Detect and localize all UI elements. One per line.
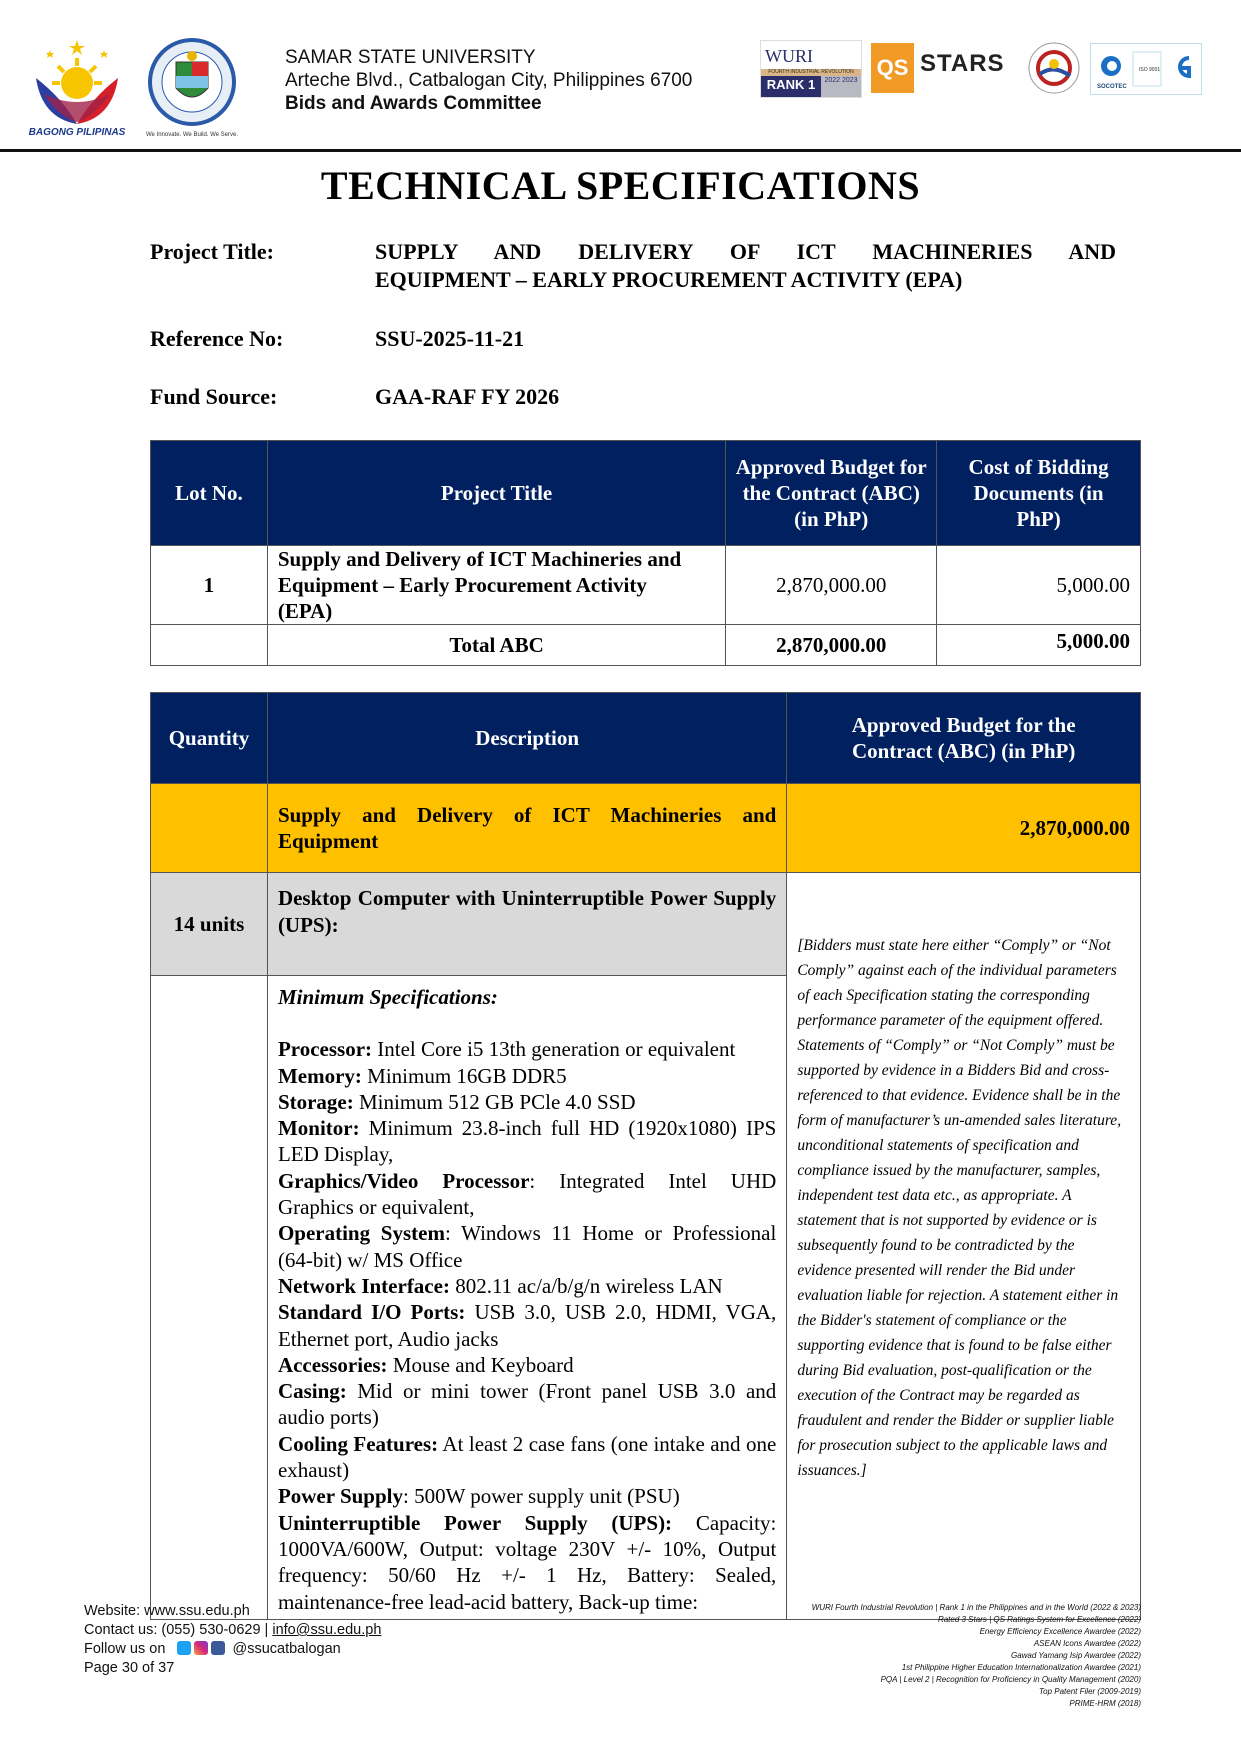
spec-item: Accessories: Mouse and Keyboard xyxy=(278,1352,776,1378)
award-line: 1st Philippine Higher Education Internat… xyxy=(812,1662,1141,1674)
spec-key: Storage: xyxy=(278,1090,354,1114)
spec-value: Minimum 512 GB PCle 4.0 SSD xyxy=(354,1090,636,1114)
instagram-icon[interactable] xyxy=(194,1641,208,1655)
spec-item: Network Interface: 802.11 ac/a/b/g/n wir… xyxy=(278,1273,776,1299)
ssu-seal-logo: We Innovate. We Build. We Serve. xyxy=(142,36,242,138)
spec-key: Processor: xyxy=(278,1037,372,1061)
wuri-subtitle: FOURTH INDUSTRIAL REVOLUTION xyxy=(761,69,861,76)
footer-social: Follow us on @ssucatbalogan xyxy=(84,1640,381,1659)
spec-value: Intel Core i5 13th generation or equival… xyxy=(372,1037,735,1061)
twitter-icon[interactable] xyxy=(177,1641,191,1655)
qs-badge: QS xyxy=(871,43,914,93)
reference-label: Reference No: xyxy=(150,325,370,353)
header-divider xyxy=(0,149,1241,152)
footer-email-link[interactable]: info@ssu.edu.ph xyxy=(272,1622,381,1638)
item-row: 14 units Desktop Computer with Uninterru… xyxy=(151,873,1141,976)
spec-item: Operating System: Windows 11 Home or Pro… xyxy=(278,1220,776,1273)
svg-text:SOCOTEC: SOCOTEC xyxy=(1097,84,1127,90)
org-address: Arteche Blvd., Catbalogan City, Philippi… xyxy=(285,69,692,92)
fund-source-value: GAA-RAF FY 2026 xyxy=(375,383,1241,411)
bagong-pilipinas-caption: BAGONG PILIPINAS xyxy=(22,127,132,138)
lot-table-header: Lot No. Project Title Approved Budget fo… xyxy=(151,441,1141,546)
qs-stars-label: STARS xyxy=(920,50,1005,78)
footer-phone: Contact us: (055) 530-0629 | xyxy=(84,1622,272,1638)
spec-value: Mouse and Keyboard xyxy=(388,1353,574,1377)
spec-key: Accessories: xyxy=(278,1353,388,1377)
total-empty-cell xyxy=(151,625,268,666)
spec-item: Storage: Minimum 512 GB PCle 4.0 SSD xyxy=(278,1089,776,1115)
spec-key: Standard I/O Ports: xyxy=(278,1300,465,1324)
technical-spec-table: Quantity Description Approved Budget for… xyxy=(150,692,1141,1620)
spec-value: Mid or mini tower (Front panel USB 3.0 a… xyxy=(278,1379,776,1429)
lot-project-title: Supply and Delivery of ICT Machineries a… xyxy=(267,546,725,625)
svg-text:ISO 9001: ISO 9001 xyxy=(1139,67,1160,73)
award-line: WURI Fourth Industrial Revolution | Rank… xyxy=(812,1602,1141,1614)
total-cost-bidding: 5,000.00 xyxy=(937,625,1141,666)
header-abc: Approved Budget for the Contract (ABC) (… xyxy=(726,441,937,546)
project-title-line-2: EQUIPMENT – EARLY PROCUREMENT ACTIVITY (… xyxy=(375,266,1116,294)
quality-award-seal xyxy=(1028,40,1080,96)
spec-table-header: Quantity Description Approved Budget for… xyxy=(151,693,1141,784)
item-quantity: 14 units xyxy=(151,873,268,976)
org-name: SAMAR STATE UNIVERSITY xyxy=(285,46,692,69)
footer-contact-line: Contact us: (055) 530-0629 | info@ssu.ed… xyxy=(84,1621,381,1640)
header-project-title: Project Title xyxy=(267,441,725,546)
award-seal-icon xyxy=(1028,40,1080,96)
fund-source-label: Fund Source: xyxy=(150,383,370,411)
spec-quantity-cell xyxy=(151,976,268,1620)
bagong-pilipinas-emblem-icon xyxy=(22,38,132,126)
facebook-icon[interactable] xyxy=(211,1641,225,1655)
spec-key: Operating System xyxy=(278,1221,445,1245)
spec-key: Power Supply xyxy=(278,1484,403,1508)
spec-value: Minimum 16GB DDR5 xyxy=(362,1064,567,1088)
compliance-note: [Bidders must state here either “Comply”… xyxy=(797,873,1130,1483)
spec-list: Processor: Intel Core i5 13th generation… xyxy=(278,1036,776,1615)
spec-value: 802.11 ac/a/b/g/n wireless LAN xyxy=(450,1274,723,1298)
bagong-pilipinas-logo: BAGONG PILIPINAS xyxy=(22,38,132,138)
spec-key: Cooling Features: xyxy=(278,1432,438,1456)
iso-certification-badge: ISO 9001 SOCOTEC xyxy=(1090,43,1202,95)
table-row: 1 Supply and Delivery of ICT Machineries… xyxy=(151,546,1141,625)
spec-item: Standard I/O Ports: USB 3.0, USB 2.0, HD… xyxy=(278,1299,776,1352)
section-quantity-cell xyxy=(151,784,268,873)
document-title: TECHNICAL SPECIFICATIONS xyxy=(0,162,1241,209)
total-row: Total ABC 2,870,000.00 5,000.00 xyxy=(151,625,1141,666)
spec-key: Casing: xyxy=(278,1379,347,1403)
iso-logos-icon: ISO 9001 SOCOTEC xyxy=(1091,44,1201,94)
total-abc: 2,870,000.00 xyxy=(726,625,937,666)
spec-item: Memory: Minimum 16GB DDR5 xyxy=(278,1063,776,1089)
header-quantity: Quantity xyxy=(151,693,268,784)
spec-key: Monitor: xyxy=(278,1116,360,1140)
section-abc: 2,870,000.00 xyxy=(787,784,1141,873)
spec-key: Graphics/Video Processor xyxy=(278,1169,529,1193)
header-lot-no: Lot No. xyxy=(151,441,268,546)
lot-cost-bidding: 5,000.00 xyxy=(937,546,1141,625)
spec-key: Network Interface: xyxy=(278,1274,450,1298)
section-row: Supply and Delivery of ICT Machineries a… xyxy=(151,784,1141,873)
award-line: Top Patent Filer (2009-2019) xyxy=(812,1686,1141,1698)
social-handle: @ssucatbalogan xyxy=(232,1641,340,1657)
award-line: PRIME-HRM (2018) xyxy=(812,1698,1141,1710)
header-cost-bidding: Cost of Bidding Documents (in PhP) xyxy=(937,441,1141,546)
lot-number: 1 xyxy=(151,546,268,625)
follow-label: Follow us on xyxy=(84,1641,165,1657)
org-office: Bids and Awards Committee xyxy=(285,92,692,115)
compliance-note-cell: [Bidders must state here either “Comply”… xyxy=(787,873,1141,1620)
wuri-rank: RANK 1 xyxy=(761,76,821,97)
header-description: Description xyxy=(267,693,786,784)
spec-item: Monitor: Minimum 23.8-inch full HD (1920… xyxy=(278,1115,776,1168)
wuri-badge: WURI FOURTH INDUSTRIAL REVOLUTION RANK 1… xyxy=(760,40,862,98)
spec-item: Uninterruptible Power Supply (UPS): Capa… xyxy=(278,1510,776,1615)
page-number: Page 30 of 37 xyxy=(84,1659,381,1678)
project-title-line-1: SUPPLY AND DELIVERY OF ICT MACHINERIES A… xyxy=(375,238,1116,266)
spec-item: Casing: Mid or mini tower (Front panel U… xyxy=(278,1378,776,1431)
header-spec-abc: Approved Budget for the Contract (ABC) (… xyxy=(787,693,1141,784)
project-title-label: Project Title: xyxy=(150,238,370,266)
spec-key: Uninterruptible Power Supply (UPS): xyxy=(278,1511,672,1535)
award-line: Rated 3 Stars | QS Ratings System for Ex… xyxy=(812,1614,1141,1626)
spec-item: Power Supply: 500W power supply unit (PS… xyxy=(278,1483,776,1509)
ssu-tagline: We Innovate. We Build. We Serve. xyxy=(142,132,242,138)
footer-awards: WURI Fourth Industrial Revolution | Rank… xyxy=(812,1602,1141,1710)
spec-key: Memory: xyxy=(278,1064,362,1088)
wuri-name: WURI xyxy=(761,41,865,69)
award-line: Energy Efficiency Excellence Awardee (20… xyxy=(812,1626,1141,1638)
lot-budget-table: Lot No. Project Title Approved Budget fo… xyxy=(150,440,1141,666)
reference-value: SSU-2025-11-21 xyxy=(375,325,1241,353)
wuri-years: 2022 2023 xyxy=(821,76,861,97)
spec-item: Cooling Features: At least 2 case fans (… xyxy=(278,1431,776,1484)
min-specs-label: Minimum Specifications: xyxy=(278,984,776,1010)
award-line: Gawad Yamang Isip Awardee (2022) xyxy=(812,1650,1141,1662)
award-line: PQA | Level 2 | Recognition for Proficie… xyxy=(812,1674,1141,1686)
letterhead: BAGONG PILIPINAS We Innovate. We Build. … xyxy=(0,0,1241,152)
lot-abc: 2,870,000.00 xyxy=(726,546,937,625)
section-title: Supply and Delivery of ICT Machineries a… xyxy=(267,784,786,873)
footer-contact: Website: www.ssu.edu.ph Contact us: (055… xyxy=(84,1602,381,1678)
award-line: ASEAN Icons Awardee (2022) xyxy=(812,1638,1141,1650)
item-name: Desktop Computer with Uninterruptible Po… xyxy=(267,873,786,976)
spec-list-cell: Minimum Specifications: Processor: Intel… xyxy=(267,976,786,1620)
org-address-block: SAMAR STATE UNIVERSITY Arteche Blvd., Ca… xyxy=(285,46,692,115)
spec-item: Processor: Intel Core i5 13th generation… xyxy=(278,1036,776,1062)
ssu-seal-icon xyxy=(142,36,242,128)
total-label: Total ABC xyxy=(267,625,725,666)
footer-website[interactable]: Website: www.ssu.edu.ph xyxy=(84,1602,381,1621)
spec-item: Graphics/Video Processor: Integrated Int… xyxy=(278,1168,776,1221)
spec-value: : 500W power supply unit (PSU) xyxy=(403,1484,680,1508)
